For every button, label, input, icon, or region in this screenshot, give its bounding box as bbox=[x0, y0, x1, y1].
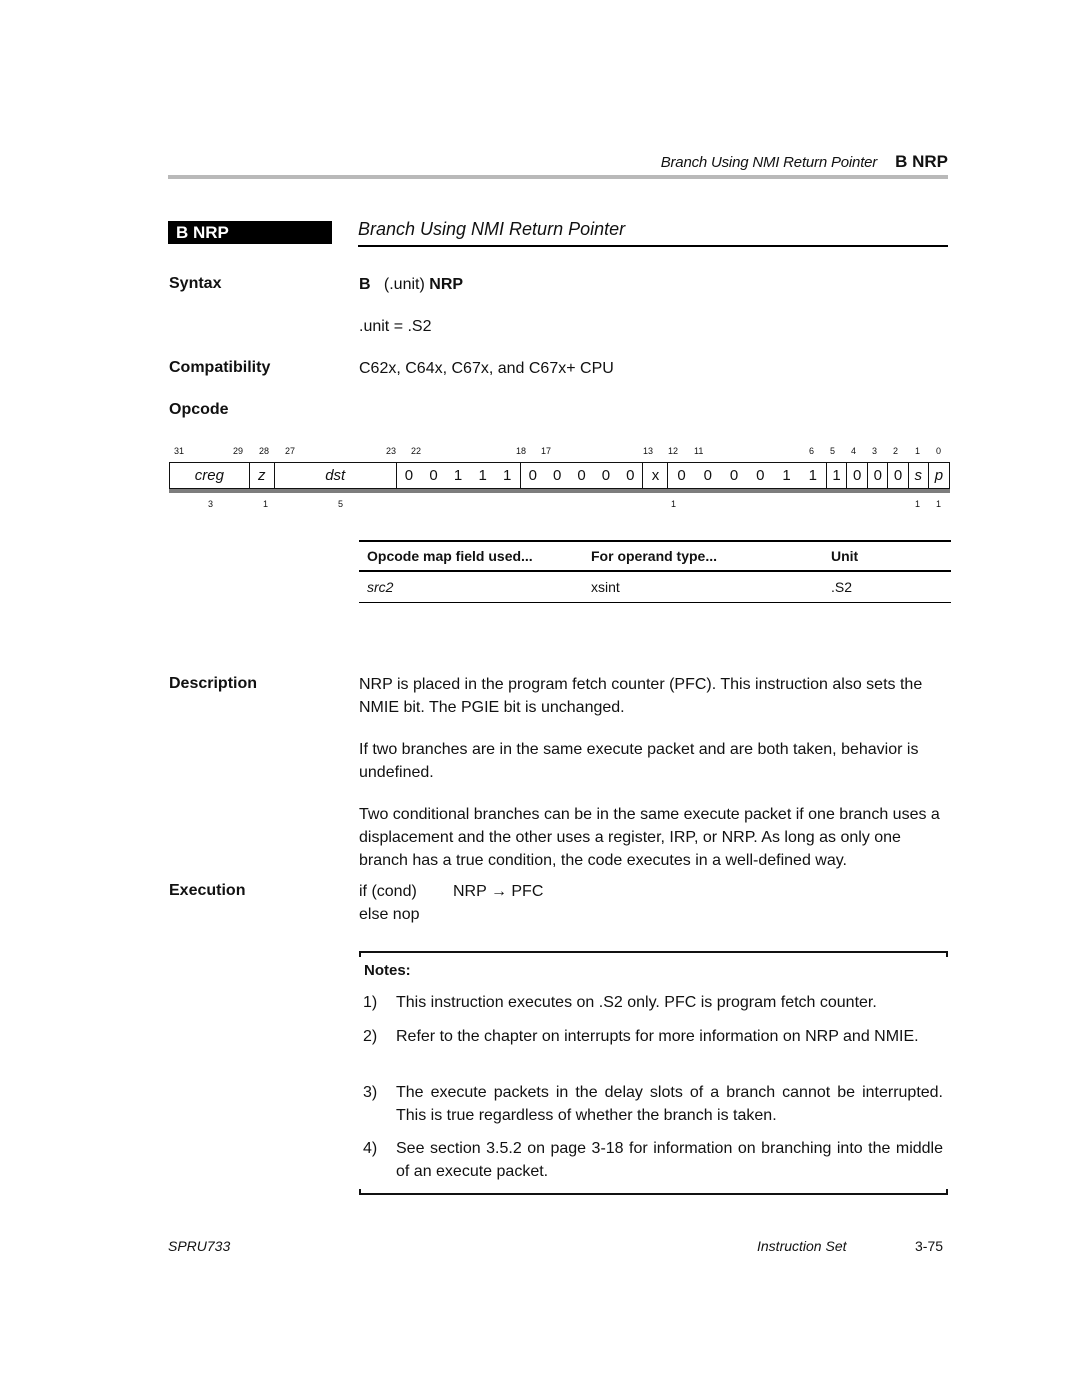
opcode-bit: 0 bbox=[602, 467, 610, 484]
execution-label: Execution bbox=[169, 882, 245, 900]
syntax-op: B bbox=[359, 276, 371, 293]
bit-number: 28 bbox=[259, 446, 269, 456]
opcode-bit: 0 bbox=[553, 467, 561, 484]
opcode-bit: 0 bbox=[704, 467, 712, 484]
opcode-bit: x bbox=[652, 467, 660, 484]
bit-number: 6 bbox=[809, 446, 814, 456]
field-width: 1 bbox=[936, 499, 941, 509]
bit-number: 5 bbox=[830, 446, 835, 456]
description-paragraph: Two conditional branches can be in the s… bbox=[359, 803, 954, 872]
syntax-line: B (.unit) NRP bbox=[359, 273, 954, 296]
table-header: Unit bbox=[831, 548, 951, 564]
note-text: This instruction executes on .S2 only. P… bbox=[396, 991, 943, 1014]
opcode-label: Opcode bbox=[169, 401, 229, 419]
note-number: 4) bbox=[363, 1137, 396, 1183]
opcode-bit: 0 bbox=[730, 467, 738, 484]
footer-page-number: 3-75 bbox=[915, 1238, 943, 1254]
opcode-field-bit-4: 0 bbox=[847, 463, 868, 488]
bit-number: 2 bbox=[893, 446, 898, 456]
note-item: 1)This instruction executes on .S2 only.… bbox=[363, 991, 943, 1014]
opcode-field-op-22-18: 00111 bbox=[397, 463, 521, 488]
table-cell: src2 bbox=[359, 579, 591, 595]
opcode-field-bit-3: 0 bbox=[868, 463, 888, 488]
bit-number: 22 bbox=[411, 446, 421, 456]
opcode-map-shadow bbox=[169, 489, 950, 493]
opcode-bit: dst bbox=[325, 467, 345, 484]
description-label: Description bbox=[169, 675, 257, 693]
opcode-bit: 0 bbox=[894, 467, 902, 484]
execution-cond: if (cond) bbox=[359, 880, 453, 903]
section-mnemonic: B NRP bbox=[168, 221, 332, 244]
note-number: 3) bbox=[363, 1081, 396, 1127]
table-cell: xsint bbox=[591, 579, 831, 595]
note-text: The execute packets in the delay slots o… bbox=[396, 1081, 943, 1127]
table-bottom-rule bbox=[359, 602, 951, 604]
running-header: Branch Using NMI Return PointerB NRP bbox=[168, 152, 948, 176]
section-title: Branch Using NMI Return Pointer bbox=[358, 219, 625, 240]
bit-number: 13 bbox=[643, 446, 653, 456]
table-header: Opcode map field used... bbox=[359, 548, 591, 564]
opcode-bit: 0 bbox=[874, 467, 882, 484]
notes-heading: Notes: bbox=[364, 962, 411, 979]
opcode-bit: 1 bbox=[503, 467, 511, 484]
bit-number: 0 bbox=[936, 446, 941, 456]
bit-number: 4 bbox=[851, 446, 856, 456]
description-paragraph: NRP is placed in the program fetch count… bbox=[359, 673, 954, 719]
opcode-bit: 0 bbox=[853, 467, 861, 484]
table-header-row: Opcode map field used... For operand typ… bbox=[359, 542, 951, 570]
opcode-bit: 1 bbox=[782, 467, 790, 484]
compatibility-value: C62x, C64x, C67x, and C67x+ CPU bbox=[359, 357, 954, 380]
note-item: 4)See section 3.5.2 on page 3-18 for inf… bbox=[363, 1137, 943, 1183]
opcode-bit: p bbox=[935, 467, 943, 484]
opcode-bit: 1 bbox=[478, 467, 486, 484]
syntax-unit: (.unit) bbox=[384, 276, 425, 293]
note-text: Refer to the chapter on interrupts for m… bbox=[396, 1025, 943, 1048]
table-header: For operand type... bbox=[591, 548, 831, 564]
opcode-bit: z bbox=[258, 467, 266, 484]
opcode-bit: 1 bbox=[832, 467, 840, 484]
opcode-bit: creg bbox=[195, 467, 224, 484]
opcode-field-p: p bbox=[929, 463, 949, 488]
field-width: 1 bbox=[915, 499, 920, 509]
bit-number: 12 bbox=[668, 446, 678, 456]
opcode-bit: 0 bbox=[429, 467, 437, 484]
opcode-field-z: z bbox=[250, 463, 275, 488]
bit-number: 17 bbox=[541, 446, 551, 456]
note-number: 1) bbox=[363, 991, 396, 1014]
field-width: 1 bbox=[671, 499, 676, 509]
opcode-field-creg: creg bbox=[170, 463, 250, 488]
footer-doc-id: SPRU733 bbox=[168, 1238, 230, 1254]
opcode-bit: 0 bbox=[626, 467, 634, 484]
bit-number: 11 bbox=[694, 446, 703, 456]
opcode-bit: 0 bbox=[405, 467, 413, 484]
bit-number: 3 bbox=[872, 446, 877, 456]
notes-box-top bbox=[359, 951, 948, 957]
table-cell: .S2 bbox=[831, 579, 951, 595]
note-item: 2)Refer to the chapter on interrupts for… bbox=[363, 1025, 943, 1048]
execution-else: else nop bbox=[359, 903, 954, 926]
footer-chapter: Instruction Set bbox=[757, 1238, 847, 1254]
syntax-unit-value: .unit = .S2 bbox=[359, 315, 954, 338]
opcode-field-op-17-13: 00000 bbox=[521, 463, 644, 488]
opcode-bit: 0 bbox=[577, 467, 585, 484]
opcode-field-x: x bbox=[643, 463, 668, 488]
execution-line: if (cond)NRP → PFC bbox=[359, 880, 954, 903]
opcode-map: cregzdst0011100000x0000111000sp bbox=[169, 462, 950, 489]
notes-box-bottom bbox=[359, 1189, 948, 1195]
bit-number: 23 bbox=[386, 446, 396, 456]
bit-number: 29 bbox=[233, 446, 243, 456]
opcode-bit: 0 bbox=[756, 467, 764, 484]
running-header-mnemonic: B NRP bbox=[895, 152, 948, 171]
bit-number: 27 bbox=[285, 446, 295, 456]
syntax-label: Syntax bbox=[169, 275, 221, 293]
opcode-field-s: s bbox=[909, 463, 929, 488]
bit-number: 1 bbox=[915, 446, 920, 456]
execution-action: NRP → PFC bbox=[453, 883, 543, 900]
opcode-bit: 1 bbox=[454, 467, 462, 484]
bit-number: 18 bbox=[516, 446, 526, 456]
field-width: 1 bbox=[263, 499, 268, 509]
opcode-field-bit-5: 1 bbox=[827, 463, 847, 488]
opcode-field-bit-2: 0 bbox=[888, 463, 908, 488]
opcode-bit: 0 bbox=[529, 467, 537, 484]
compatibility-label: Compatibility bbox=[169, 359, 270, 377]
bit-number: 31 bbox=[174, 446, 184, 456]
header-rule bbox=[168, 175, 948, 179]
opcode-field-table: Opcode map field used... For operand typ… bbox=[359, 540, 951, 603]
opcode-bit: s bbox=[915, 467, 923, 484]
table-row: src2 xsint .S2 bbox=[359, 572, 951, 602]
section-rule bbox=[358, 245, 948, 247]
opcode-field-op-11-6: 000011 bbox=[668, 463, 826, 488]
syntax-operand: NRP bbox=[429, 276, 463, 293]
opcode-field-dst: dst bbox=[275, 463, 397, 488]
opcode-bit: 0 bbox=[677, 467, 685, 484]
description-paragraph: If two branches are in the same execute … bbox=[359, 738, 954, 784]
note-number: 2) bbox=[363, 1025, 396, 1048]
note-text: See section 3.5.2 on page 3-18 for infor… bbox=[396, 1137, 943, 1183]
running-header-title: Branch Using NMI Return Pointer bbox=[661, 154, 877, 171]
opcode-bit: 1 bbox=[809, 467, 817, 484]
field-width: 3 bbox=[208, 499, 213, 509]
note-item: 3)The execute packets in the delay slots… bbox=[363, 1081, 943, 1127]
field-width: 5 bbox=[338, 499, 343, 509]
